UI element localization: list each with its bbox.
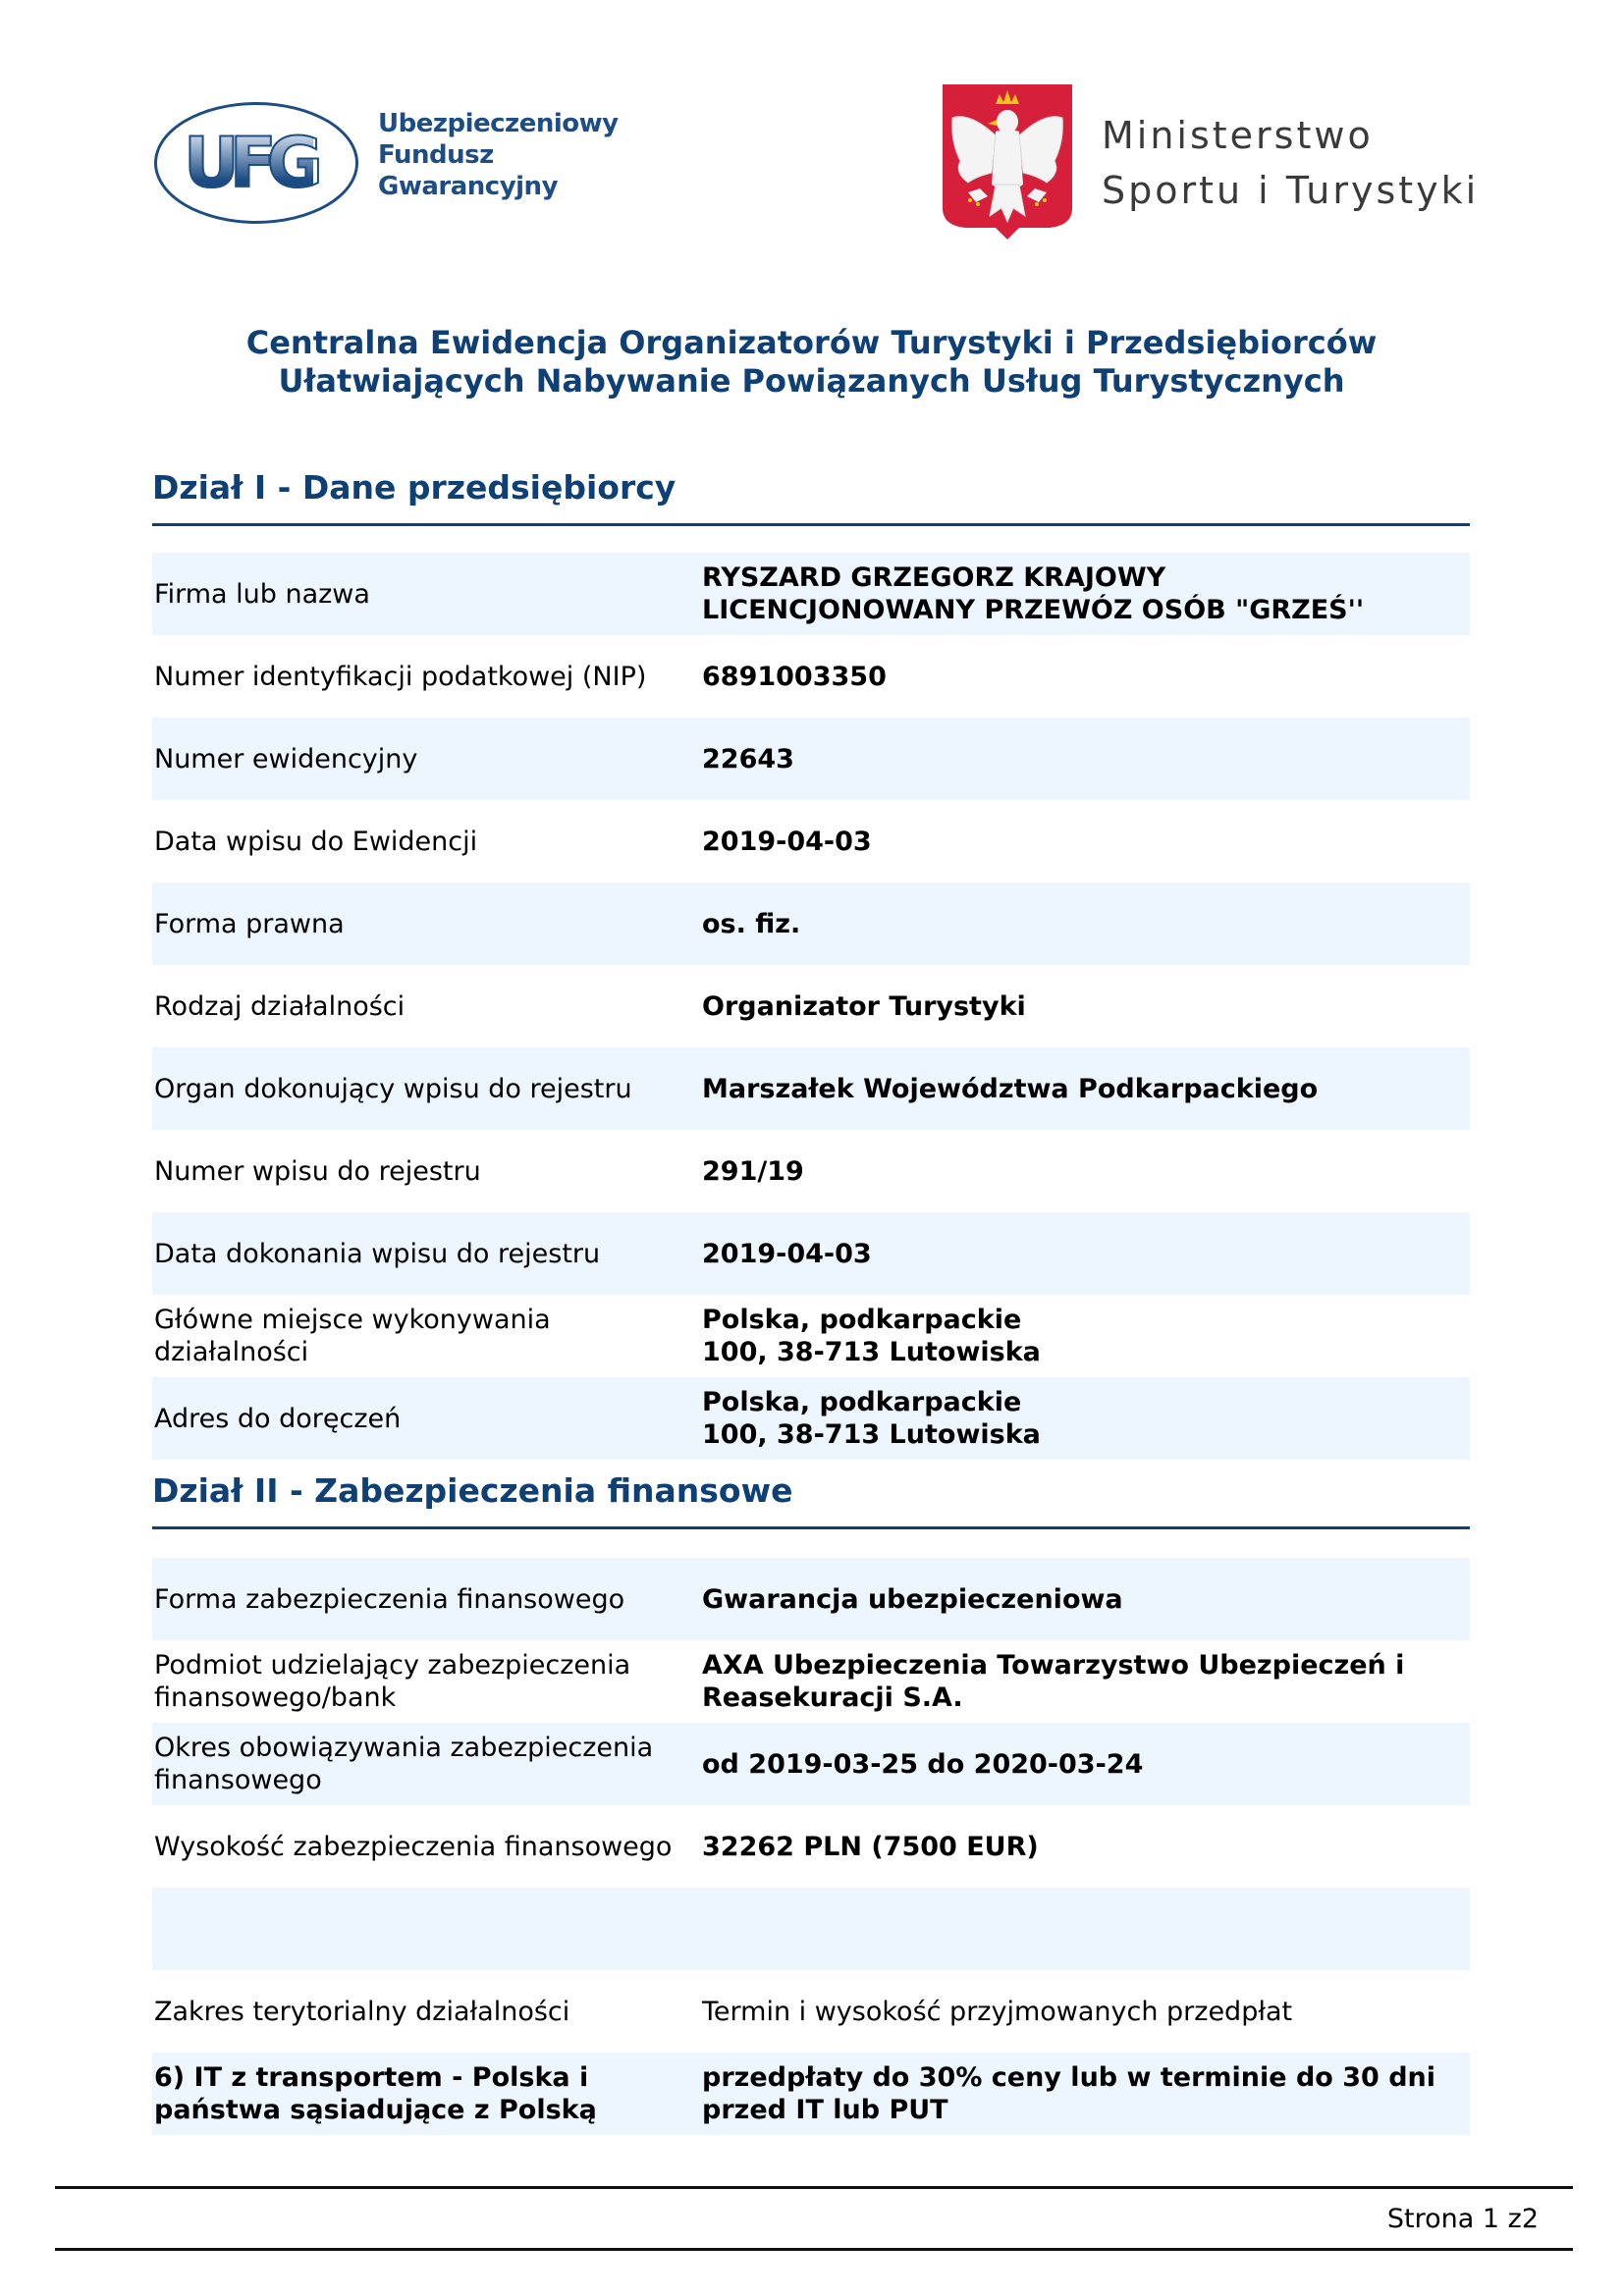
table-row-empty	[152, 1888, 1470, 1970]
section-divider	[152, 523, 1470, 526]
row-value: 22643	[702, 743, 1470, 775]
table-row: Wysokość zabezpieczenia finansowego 3226…	[152, 1805, 1470, 1888]
table-row: Okres obowiązywania zabezpieczenia finan…	[152, 1723, 1470, 1805]
table-row: Numer wpisu do rejestru 291/19	[152, 1130, 1470, 1212]
row-label: Rodzaj działalności	[152, 990, 702, 1023]
row-label: Data dokonania wpisu do rejestru	[152, 1238, 702, 1270]
ministry-wordmark-line: Ministerstwo	[1102, 108, 1479, 163]
table-row: Adres do doręczeń Polska, podkarpackie 1…	[152, 1377, 1470, 1460]
section-heading-dane-przedsiebiorcy: Dział I - Dane przedsiębiorcy	[152, 468, 1470, 507]
document-title: Centralna Ewidencja Organizatorów Turyst…	[0, 324, 1623, 400]
row-label: Forma zabezpieczenia finansowego	[152, 1583, 702, 1616]
ufg-wordmark-line: Fundusz	[378, 139, 619, 171]
table-row: Numer ewidencyjny 22643	[152, 718, 1470, 800]
row-label: Numer ewidencyjny	[152, 743, 702, 775]
scope-table-row: 6) IT z transportem - Polska i państwa s…	[152, 2053, 1470, 2135]
table-row: Organ dokonujący wpisu do rejestru Marsz…	[152, 1047, 1470, 1130]
row-value: Polska, podkarpackie 100, 38-713 Lutowis…	[702, 1386, 1470, 1451]
row-value: od 2019-03-25 do 2020-03-24	[702, 1748, 1470, 1781]
row-value: AXA Ubezpieczenia Towarzystwo Ubezpiecze…	[702, 1649, 1470, 1714]
row-label: Numer wpisu do rejestru	[152, 1155, 702, 1188]
table-row: Główne miejsce wykonywania działalności …	[152, 1295, 1470, 1377]
row-label: Adres do doręczeń	[152, 1403, 702, 1435]
scope-table-header: Zakres terytorialny działalności Termin …	[152, 1970, 1470, 2053]
table-row: Rodzaj działalności Organizator Turystyk…	[152, 965, 1470, 1047]
ufg-monogram: UFG	[184, 122, 313, 204]
row-value: Marszałek Województwa Podkarpackiego	[702, 1073, 1470, 1105]
ufg-wordmark-line: Gwarancyjny	[378, 171, 619, 202]
row-value: 32262 PLN (7500 EUR)	[702, 1831, 1470, 1863]
row-label: Data wpisu do Ewidencji	[152, 826, 702, 858]
scope-header-territory: Zakres terytorialny działalności	[152, 1996, 702, 2028]
polish-eagle-emblem-icon	[941, 82, 1074, 241]
table-row: Data wpisu do Ewidencji 2019-04-03	[152, 800, 1470, 882]
document-title-line: Centralna Ewidencja Organizatorów Turyst…	[0, 324, 1623, 362]
table-row: Firma lub nazwa RYSZARD GRZEGORZ KRAJOWY…	[152, 553, 1470, 635]
row-value: Organizator Turystyki	[702, 990, 1470, 1023]
ufg-wordmark: Ubezpieczeniowy Fundusz Gwarancyjny	[378, 108, 619, 202]
row-value: Gwarancja ubezpieczeniowa	[702, 1583, 1470, 1616]
document-title-line: Ułatwiających Nabywanie Powiązanych Usłu…	[0, 362, 1623, 400]
section-divider	[152, 1526, 1470, 1529]
ufg-logo: UFG Ubezpieczeniowy Fundusz Gwarancyjny	[152, 98, 623, 231]
row-label: Główne miejsce wykonywania działalności	[152, 1304, 702, 1368]
business-data-table: Firma lub nazwa RYSZARD GRZEGORZ KRAJOWY…	[152, 553, 1470, 1460]
row-label: Organ dokonujący wpisu do rejestru	[152, 1073, 702, 1105]
row-label: Forma prawna	[152, 908, 702, 940]
table-row: Numer identyfikacji podatkowej (NIP) 689…	[152, 635, 1470, 718]
row-label: Okres obowiązywania zabezpieczenia finan…	[152, 1732, 702, 1796]
scope-prepayments: przedpłaty do 30% ceny lub w terminie do…	[702, 2061, 1470, 2126]
table-row: Forma prawna os. fiz.	[152, 882, 1470, 965]
ministry-wordmark-line: Sportu i Turystyki	[1102, 163, 1479, 218]
row-value: Polska, podkarpackie 100, 38-713 Lutowis…	[702, 1304, 1470, 1368]
ufg-wordmark-line: Ubezpieczeniowy	[378, 108, 619, 139]
table-row: Podmiot udzielający zabezpieczenia finan…	[152, 1640, 1470, 1723]
footer-bottom-rule	[55, 2248, 1573, 2251]
row-label: Numer identyfikacji podatkowej (NIP)	[152, 661, 702, 693]
row-label: Wysokość zabezpieczenia finansowego	[152, 1831, 702, 1863]
table-row: Forma zabezpieczenia finansowego Gwaranc…	[152, 1558, 1470, 1640]
row-label: Firma lub nazwa	[152, 578, 702, 611]
row-value: RYSZARD GRZEGORZ KRAJOWY LICENCJONOWANY …	[702, 561, 1470, 626]
page-number: Strona 1 z2	[1387, 2203, 1539, 2235]
row-value: 6891003350	[702, 661, 1470, 693]
ministry-logo: Ministerstwo Sportu i Turystyki	[941, 82, 1471, 244]
scope-territory: 6) IT z transportem - Polska i państwa s…	[152, 2061, 702, 2126]
row-value: 291/19	[702, 1155, 1470, 1188]
ministry-wordmark: Ministerstwo Sportu i Turystyki	[1102, 108, 1479, 218]
scope-header-prepayments: Termin i wysokość przyjmowanych przedpła…	[702, 1996, 1470, 2028]
row-value: os. fiz.	[702, 908, 1470, 940]
table-row: Data dokonania wpisu do rejestru 2019-04…	[152, 1212, 1470, 1295]
section-heading-zabezpieczenia-finansowe: Dział II - Zabezpieczenia finansowe	[152, 1471, 1470, 1511]
financial-security-table: Forma zabezpieczenia finansowego Gwaranc…	[152, 1558, 1470, 2135]
row-label: Podmiot udzielający zabezpieczenia finan…	[152, 1649, 702, 1714]
row-value: 2019-04-03	[702, 1238, 1470, 1270]
row-value: 2019-04-03	[702, 826, 1470, 858]
footer-top-rule	[55, 2186, 1573, 2189]
